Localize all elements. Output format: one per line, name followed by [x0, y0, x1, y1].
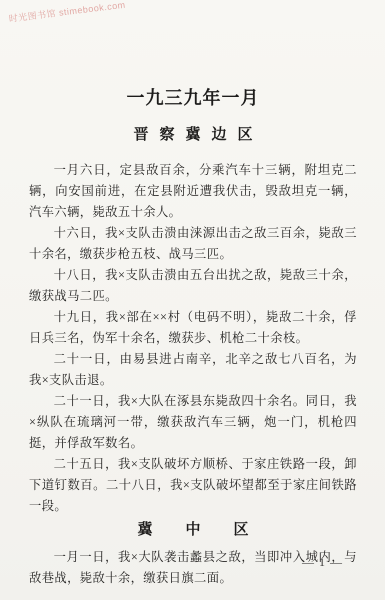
section-heading-central-hebei-region: 冀中区	[29, 519, 357, 541]
section-heading-jin-cha-ji-border-region: 晋察冀边区	[29, 124, 357, 146]
paragraph-jan-21a: 二十一日，由易县进占南辛，北辛之敌七八百名，为我×支队击退。	[29, 349, 357, 391]
page-title: 一九三九年一月	[29, 86, 357, 110]
page-number: — 1 —	[302, 555, 343, 570]
paragraph-jan-19: 十九日，我×部在××村（电码不明），毙敌二十余，俘日兵三名，伪军十余名，缴获步、…	[29, 307, 357, 349]
paragraph-jan-6: 一月六日，定县敌百余，分乘汽车十三辆，附坦克二辆，向安国前进，在定县附近遭我伏击…	[29, 160, 357, 223]
paragraph-jan-16: 十六日，我×支队击溃由涞源出击之敌三百余，毙敌三十余名，缴获步枪五枝、战马三匹。	[29, 223, 357, 265]
page-content: 一九三九年一月 晋察冀边区 一月六日，定县敌百余，分乘汽车十三辆，附坦克二辆，向…	[29, 86, 357, 589]
scanned-book-page: 时光图书馆 stimebook.com 一九三九年一月 晋察冀边区 一月六日，定…	[0, 0, 385, 600]
library-watermark: 时光图书馆 stimebook.com	[8, 0, 126, 25]
paragraph-jan-25-28: 二十五日，我×支队破坏方顺桥、于家庄铁路一段，卸下道钉数百。二十八日，我×支队破…	[29, 454, 357, 517]
paragraph-jan-18: 十八日，我×支队击溃由五台出扰之敌，毙敌三十余，缴获战马二匹。	[29, 265, 357, 307]
section-jin-cha-ji-body: 一月六日，定县敌百余，分乘汽车十三辆，附坦克二辆，向安国前进，在定县附近遭我伏击…	[29, 160, 357, 517]
paragraph-jan-21b: 二十一日，我×大队在涿县东毙敌四十余名。同日，我×纵队在琉璃河一带，缴获敌汽车三…	[29, 391, 357, 454]
